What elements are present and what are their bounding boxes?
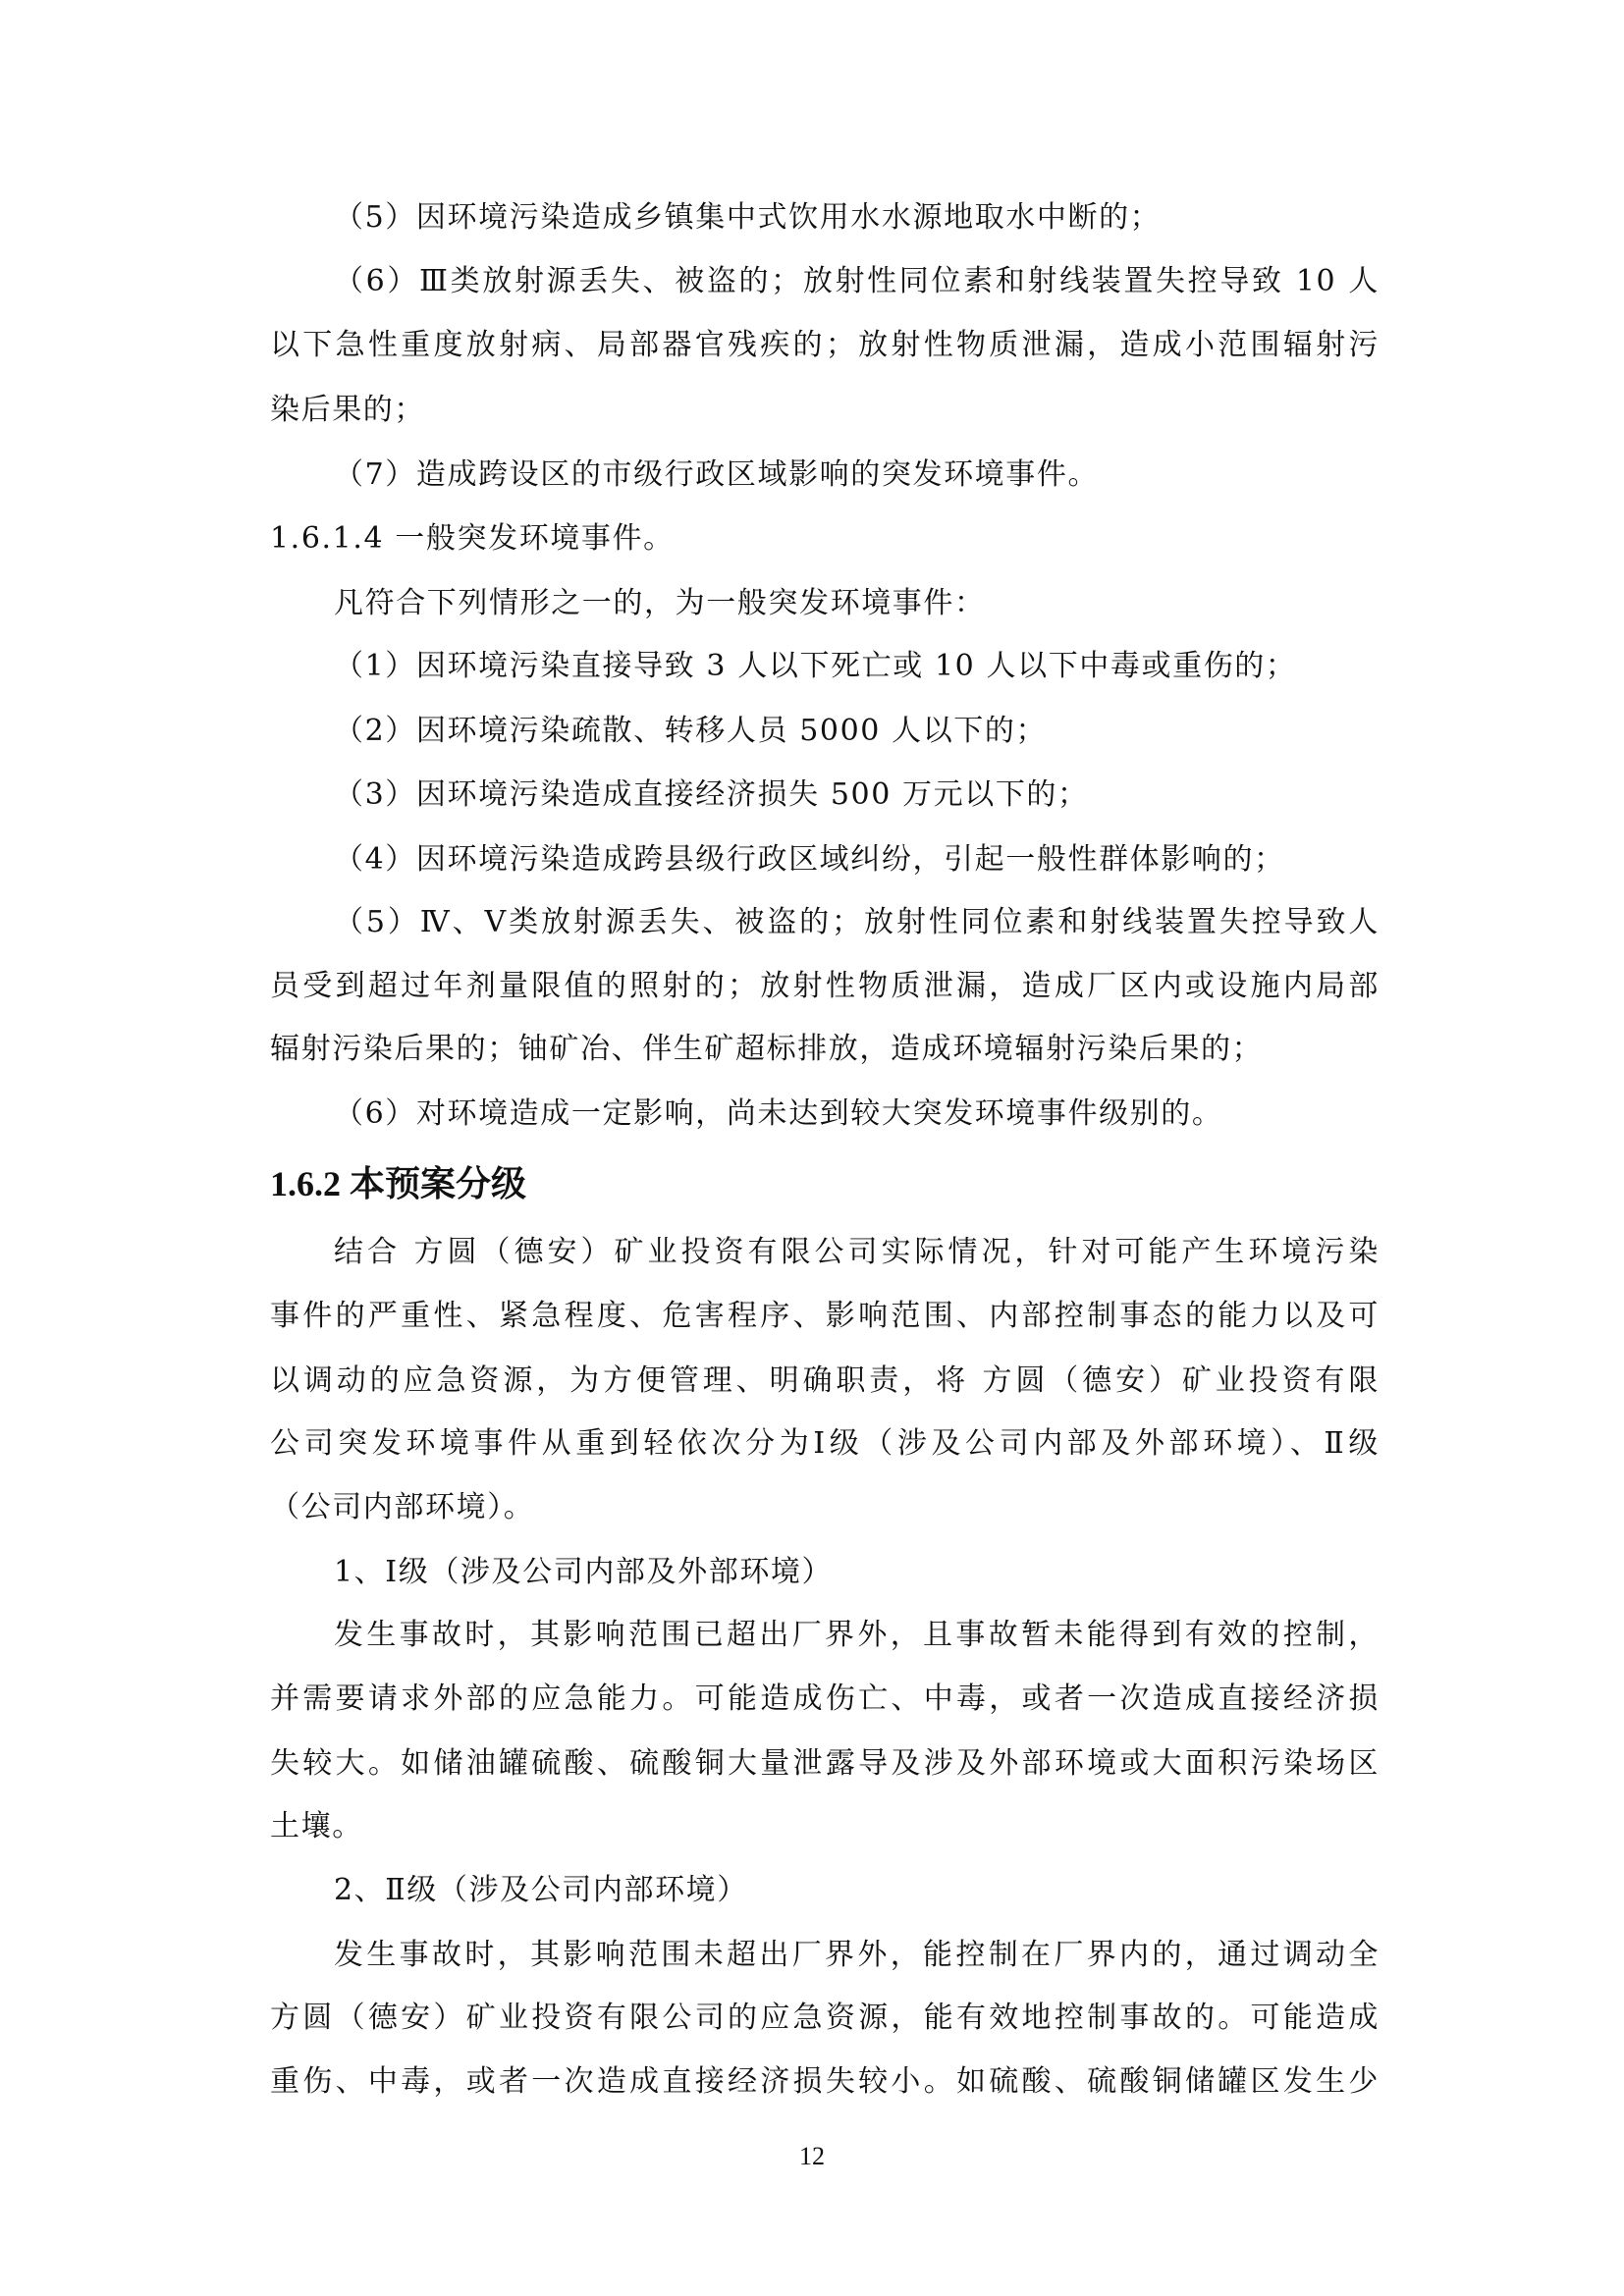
paragraph-line: 发生事故时，其影响范围已超出厂界外，且事故暂未能得到有效的控制， (334, 1616, 1380, 1655)
page-number: 12 (0, 2142, 1624, 2171)
paragraph-line: 以调动的应急资源，为方便管理、明确职责，将 方圆（德安）矿业投资有限 (270, 1362, 1380, 1401)
paragraph-line: （7）造成跨设区的市级行政区域影响的突发环境事件。 (334, 455, 1380, 495)
paragraph-line: 2、Ⅱ级（涉及公司内部环境） (334, 1871, 1380, 1910)
paragraph-line: 公司突发环境事件从重到轻依次分为Ⅰ级（涉及公司内部及外部环境）、Ⅱ级 (270, 1424, 1380, 1464)
paragraph-line: 凡符合下列情形之一的，为一般突发环境事件： (334, 584, 1380, 623)
paragraph-line: （3）因环境污染造成直接经济损失 500 万元以下的； (334, 775, 1380, 815)
paragraph-line: 员受到超过年剂量限值的照射的；放射性物质泄漏，造成厂区内或设施内局部 (270, 967, 1380, 1006)
paragraph-line: （2）因环境污染疏散、转移人员 5000 人以下的； (334, 712, 1380, 751)
paragraph-line: 以下急性重度放射病、局部器官残疾的；放射性物质泄漏，造成小范围辐射污 (270, 326, 1380, 365)
paragraph-line: 染后果的； (270, 391, 1380, 430)
paragraph-line: （公司内部环境）。 (270, 1488, 1380, 1527)
section-heading: 1.6.2 本预案分级 (270, 1162, 526, 1205)
paragraph-line: （6）对环境造成一定影响，尚未达到较大突发环境事件级别的。 (334, 1095, 1380, 1134)
paragraph-line: （5）因环境污染造成乡镇集中式饮用水水源地取水中断的； (334, 198, 1380, 238)
paragraph-line: （4）因环境污染造成跨县级行政区域纠纷，引起一般性群体影响的； (334, 840, 1380, 880)
paragraph-line: 1、Ⅰ级（涉及公司内部及外部环境） (334, 1553, 1380, 1592)
paragraph-line: 方圆（德安）矿业投资有限公司的应急资源，能有效地控制事故的。可能造成 (270, 1999, 1380, 2038)
paragraph-line: 1.6.1.4 一般突发环境事件。 (270, 519, 1380, 559)
paragraph-line: 结合 方圆（德安）矿业投资有限公司实际情况，针对可能产生环境污染 (334, 1233, 1380, 1272)
paragraph-line: （1）因环境污染直接导致 3 人以下死亡或 10 人以下中毒或重伤的； (334, 647, 1380, 686)
paragraph-line: 事件的严重性、紧急程度、危害程序、影响范围、内部控制事态的能力以及可 (270, 1297, 1380, 1336)
paragraph-line: 重伤、中毒，或者一次造成直接经济损失较小。如硫酸、硫酸铜储罐区发生少 (270, 2062, 1380, 2102)
paragraph-line: （5）Ⅳ、Ⅴ类放射源丢失、被盗的；放射性同位素和射线装置失控导致人 (334, 903, 1380, 942)
paragraph-line: 并需要请求外部的应急能力。可能造成伤亡、中毒，或者一次造成直接经济损 (270, 1680, 1380, 1719)
paragraph-line: 土壤。 (270, 1807, 1380, 1846)
paragraph-line: （6）Ⅲ类放射源丢失、被盗的；放射性同位素和射线装置失控导致 10 人 (334, 262, 1380, 301)
paragraph-line: 辐射污染后果的；铀矿冶、伴生矿超标排放，造成环境辐射污染后果的； (270, 1030, 1380, 1069)
paragraph-line: 失较大。如储油罐硫酸、硫酸铜大量泄露导及涉及外部环境或大面积污染场区 (270, 1744, 1380, 1784)
paragraph-line: 发生事故时，其影响范围未超出厂界外，能控制在厂界内的，通过调动全 (334, 1936, 1380, 1975)
